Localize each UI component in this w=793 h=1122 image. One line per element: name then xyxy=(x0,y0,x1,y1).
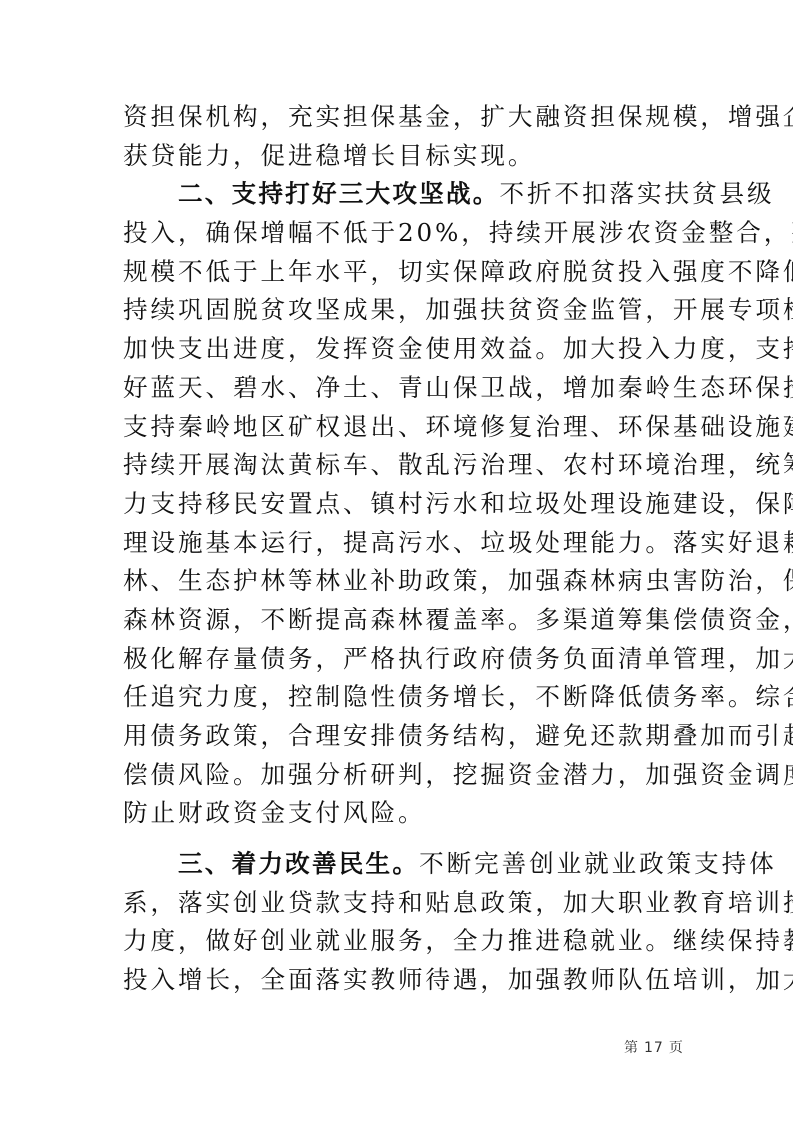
page-number: 17 xyxy=(644,1040,664,1056)
paragraph-line: 持续开展淘汰黄标车、散乱污治理、农村环境治理，统筹财 xyxy=(123,446,675,485)
page-label-suffix: 页 xyxy=(669,1040,684,1056)
paragraph-text: 不断完善创业就业政策支持体 xyxy=(419,849,776,878)
paragraph-line: 极化解存量债务，严格执行政府债务负面清单管理，加大责 xyxy=(123,640,675,679)
paragraph-line: 林、生态护林等林业补助政策，加强森林病虫害防治，保护 xyxy=(123,562,675,601)
paragraph-line: 系，落实创业贷款支持和贴息政策，加大职业教育培训投入 xyxy=(123,884,675,923)
paragraph-line: 理设施基本运行，提高污水、垃圾处理能力。落实好退耕还 xyxy=(123,524,675,563)
paragraph-line: 获贷能力，促进稳增长目标实现。 xyxy=(123,137,675,176)
paragraph-line: 持续巩固脱贫攻坚成果，加强扶贫资金监管，开展专项检查， xyxy=(123,291,675,330)
paragraph-line: 投入，确保增幅不低于20%，持续开展涉农资金整合，整合 xyxy=(123,214,675,253)
paragraph-line: 力度，做好创业就业服务，全力推进稳就业。继续保持教育 xyxy=(123,922,675,961)
paragraph-line: 资担保机构，充实担保基金，扩大融资担保规模，增强企业 xyxy=(123,98,675,137)
paragraph-line: 加快支出进度，发挥资金使用效益。加大投入力度，支持打 xyxy=(123,330,675,369)
page-label-prefix: 第 xyxy=(624,1040,639,1056)
section-heading: 三、着力改善民生。 xyxy=(178,849,419,878)
paragraph-line: 投入增长，全面落实教师待遇，加强教师队伍培训，加大奖 xyxy=(123,961,675,1000)
paragraph-line: 防止财政资金支付风险。 xyxy=(123,794,675,833)
document-page: 资担保机构，充实担保基金，扩大融资担保规模，增强企业 获贷能力，促进稳增长目标实… xyxy=(0,0,793,1122)
paragraph-line: 用债务政策，合理安排债务结构，避免还款期叠加而引起的 xyxy=(123,717,675,756)
paragraph-line: 支持秦岭地区矿权退出、环境修复治理、环保基础设施建设， xyxy=(123,408,675,447)
section-heading-line: 二、支持打好三大攻坚战。不折不扣落实扶贫县级 xyxy=(123,175,675,214)
paragraph-line: 任追究力度，控制隐性债务增长，不断降低债务率。综合运 xyxy=(123,678,675,717)
paragraph-line: 好蓝天、碧水、净土、青山保卫战，增加秦岭生态环保投入， xyxy=(123,369,675,408)
section-heading: 二、支持打好三大攻坚战。 xyxy=(178,179,500,208)
paragraph-line: 偿债风险。加强分析研判，挖掘资金潜力，加强资金调度， xyxy=(123,756,675,795)
section-heading-line: 三、着力改善民生。不断完善创业就业政策支持体 xyxy=(123,845,675,884)
paragraph-line: 规模不低于上年水平，切实保障政府脱贫投入强度不降低， xyxy=(123,253,675,292)
page-footer: 第17页 xyxy=(624,1037,684,1057)
paragraph-text: 不折不扣落实扶贫县级 xyxy=(500,179,775,208)
document-body: 资担保机构，充实担保基金，扩大融资担保规模，增强企业 获贷能力，促进稳增长目标实… xyxy=(123,98,675,1000)
paragraph-line: 森林资源，不断提高森林覆盖率。多渠道筹集偿债资金，积 xyxy=(123,601,675,640)
paragraph-line: 力支持移民安置点、镇村污水和垃圾处理设施建设，保障处 xyxy=(123,485,675,524)
